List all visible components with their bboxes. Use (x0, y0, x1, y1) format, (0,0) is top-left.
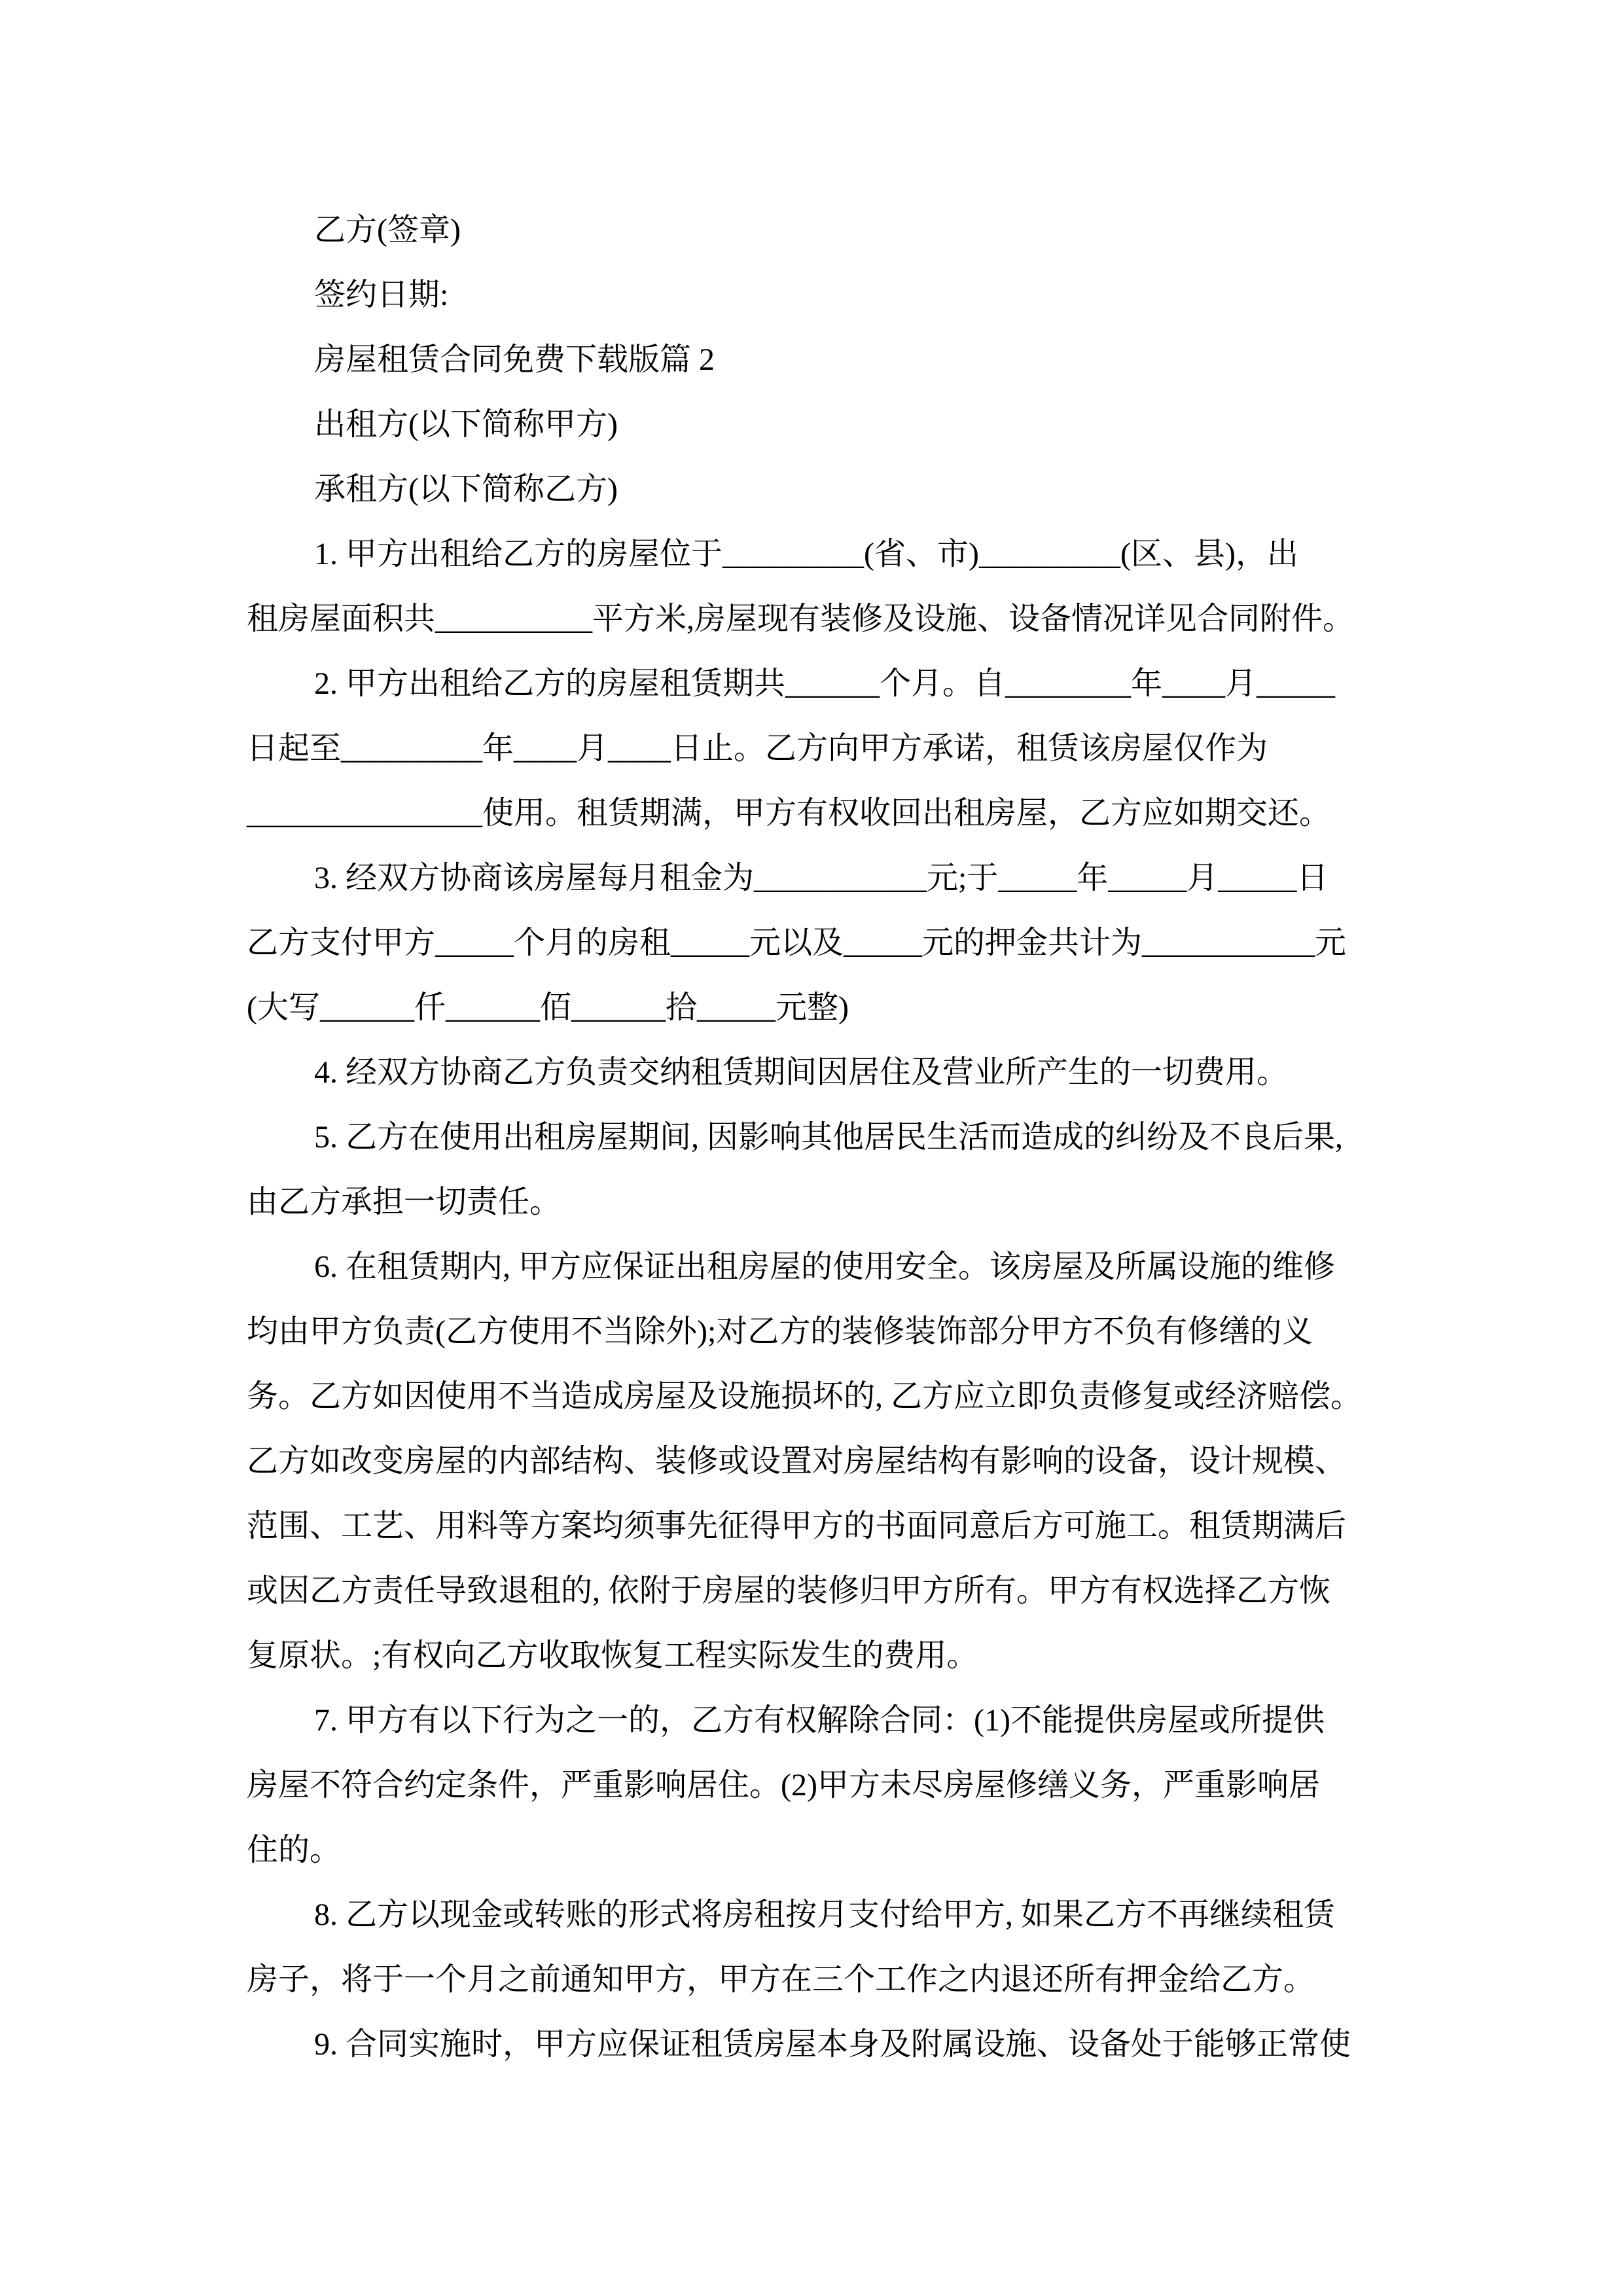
line-lessee: 承租方(以下简称乙方) (247, 457, 1399, 522)
line-clause2-3: _______________使用。租赁期满，甲方有权收回出租房屋，乙方应如期交… (247, 781, 1399, 846)
line-doc-title: 房屋租赁合同免费下载版篇 2 (247, 327, 1399, 392)
line-clause6-7: 复原状。;有权向乙方收取恢复工程实际发生的费用。 (247, 1623, 1399, 1688)
line-clause2-2: 日起至_________年____月____日止。乙方向甲方承诺，租赁该房屋仅作… (247, 716, 1399, 781)
line-clause2-1: 2. 甲方出租给乙方的房屋租赁期共______个月。自________年____… (247, 651, 1399, 716)
line-clause5-2: 由乙方承担一切责任。 (247, 1170, 1399, 1234)
line-party-b-seal: 乙方(签章) (247, 198, 1399, 262)
line-sign-date: 签约日期: (247, 262, 1399, 327)
line-clause8-1: 8. 乙方以现金或转账的形式将房租按月支付给甲方, 如果乙方不再继续租赁 (247, 1882, 1399, 1947)
line-clause6-6: 或因乙方责任导致退租的, 依附于房屋的装修归甲方所有。甲方有权选择乙方恢 (247, 1558, 1399, 1623)
line-clause9-1: 9. 合同实施时，甲方应保证租赁房屋本身及附属设施、设备处于能够正常使 (247, 2012, 1399, 2077)
line-clause3-2: 乙方支付甲方_____个月的房租_____元以及_____元的押金共计为____… (247, 910, 1399, 975)
line-lessor: 出租方(以下简称甲方) (247, 392, 1399, 457)
line-clause1-2: 租房屋面积共__________平方米,房屋现有装修及设施、设备情况详见合同附件… (247, 586, 1399, 651)
line-clause6-3: 务。乙方如因使用不当造成房屋及设施损坏的, 乙方应立即负责修复或经济赔偿。 (247, 1364, 1399, 1429)
line-clause7-3: 住的。 (247, 1818, 1399, 1882)
line-clause6-4: 乙方如改变房屋的内部结构、装修或设置对房屋结构有影响的设备，设计规模、 (247, 1429, 1399, 1494)
line-clause3-3: (大写______仟______佰______拾_____元整) (247, 975, 1399, 1040)
line-clause6-2: 均由甲方负责(乙方使用不当除外);对乙方的装修装饰部分甲方不负有修缮的义 (247, 1299, 1399, 1364)
contract-text-block: 乙方(签章) 签约日期: 房屋租赁合同免费下载版篇 2 出租方(以下简称甲方) … (247, 198, 1399, 2077)
line-clause7-1: 7. 甲方有以下行为之一的，乙方有权解除合同：(1)不能提供房屋或所提供 (247, 1688, 1399, 1753)
line-clause1-1: 1. 甲方出租给乙方的房屋位于_________(省、市)_________(区… (247, 522, 1399, 586)
line-clause3-1: 3. 经双方协商该房屋每月租金为___________元;于_____年____… (247, 846, 1399, 910)
line-clause5-1: 5. 乙方在使用出租房屋期间, 因影响其他居民生活而造成的纠纷及不良后果, (247, 1105, 1399, 1170)
document-page: 乙方(签章) 签约日期: 房屋租赁合同免费下载版篇 2 出租方(以下简称甲方) … (0, 0, 1623, 2296)
line-clause8-2: 房子，将于一个月之前通知甲方，甲方在三个工作之内退还所有押金给乙方。 (247, 1947, 1399, 2012)
line-clause4-1: 4. 经双方协商乙方负责交纳租赁期间因居住及营业所产生的一切费用。 (247, 1040, 1399, 1105)
line-clause6-5: 范围、工艺、用料等方案均须事先征得甲方的书面同意后方可施工。租赁期满后 (247, 1494, 1399, 1558)
line-clause6-1: 6. 在租赁期内, 甲方应保证出租房屋的使用安全。该房屋及所属设施的维修 (247, 1234, 1399, 1299)
line-clause7-2: 房屋不符合约定条件，严重影响居住。(2)甲方未尽房屋修缮义务，严重影响居 (247, 1753, 1399, 1818)
